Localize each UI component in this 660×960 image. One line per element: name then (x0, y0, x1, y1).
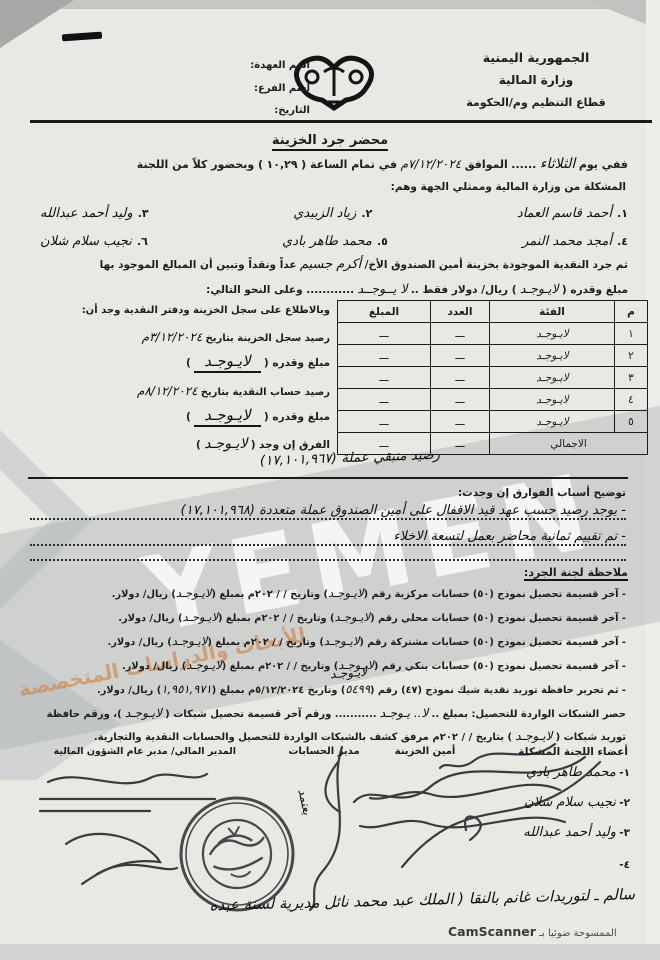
note-text: - آخر قسيمة تحصيل نموذج (٥٠) حسابات بنكي… (374, 661, 626, 672)
row-no: ٣ (615, 367, 648, 389)
note-text: - ثم تحرير حافظة توريد نقدية شيك نموذج (… (370, 685, 626, 696)
field-branch-name: اسم الفرع: (150, 83, 310, 94)
scan-edge-bottom (0, 944, 660, 960)
inventory-time: ١٠,٢٩ (267, 158, 298, 171)
networks-text: حصر الشبكات الواردة للتحصيل: بمبلغ .. (432, 709, 626, 720)
camscanner-label-arabic: الممسوحة ضوئيا بـ (536, 928, 617, 939)
handwritten-fill: لايـوجـد (328, 586, 364, 600)
handwritten-amount: لايـوجـد (520, 281, 559, 296)
networks-text: توريد شبكات ( (556, 732, 626, 743)
handwritten-discrepancy-2: - تم تقييم ثمانية محاضر بعمل لتسعة الاخل… (30, 529, 626, 546)
member-name-handwritten: أحمد قاسم العماد (517, 206, 612, 221)
column-header-cat: الفئة (490, 301, 615, 323)
handwritten-fill: لايـوجـد (182, 610, 218, 624)
role-accounts-manager: مدير الحسابات (276, 746, 372, 757)
amount-label: مبلغ وقدره ( (562, 284, 628, 296)
row-cat-handwritten: لايـوجـد (489, 387, 614, 411)
scan-edge-top (0, 0, 660, 9)
member-name-handwritten: نجيب سلام شلان (40, 234, 132, 249)
note-text: ) وتاريخ ٥/١٢/٢٠٢٤م بمبلغ ( (212, 685, 346, 696)
member-number: ١. (617, 207, 628, 220)
intro-text: ) وبحضور كلاً من اللجنة (137, 158, 263, 171)
handwritten-ledger-date-1: ٣/١٢/٢٠٢٤م (142, 330, 203, 344)
handwritten-cashier-name: أكرم جسيم (300, 257, 361, 272)
ledger-row2-label: رصيد حساب النقدية بتاريخ (201, 387, 330, 398)
handwritten-approve: يعتمد (295, 788, 314, 816)
handwritten-fill: لايـوجـد (176, 586, 212, 600)
row-cat-handwritten: لايـوجـد (489, 321, 614, 345)
row-count: ـــ (431, 411, 490, 433)
ledger-row1-label: رصيد سجل الخزينة بتاريخ (205, 333, 330, 344)
denomination-table: م الفئة العدد المبلغ ١لايـوجـدــــــ ٢لا… (337, 300, 648, 455)
handwritten-fill: لايـوجـد (186, 658, 222, 672)
row-count: ـــ (431, 389, 490, 411)
row-cat-handwritten: لايـوجـد (489, 409, 614, 433)
sig-number: ٣- (619, 827, 630, 839)
member-name-handwritten: محمد طاهر بادي (282, 234, 372, 249)
handwritten-ledger-date-2: ٨/١٢/٢٠٢٤م (137, 384, 198, 398)
handwritten-fill: لايـوجـد (515, 729, 552, 743)
row-amount: ـــ (338, 323, 431, 345)
networks-text: ) بتاريخ / / ٢٠٢م مرفق كشف بالشبكات الوا… (94, 732, 512, 743)
intro-line2: المشكلة من وزارة المالية وممثلي الجهة وه… (380, 181, 626, 193)
member-number: ٥. (377, 235, 388, 248)
underline-rule (28, 477, 628, 479)
note-text: ) ريال/ دولار. (108, 637, 172, 648)
field-entity-name: اسم العهدة: (150, 60, 310, 71)
note-text: - آخر قسيمة تحصيل نموذج (٥٠) حسابات مركز… (364, 589, 626, 600)
amount-label: ) ريال/ دولار فقط .. (411, 284, 517, 296)
role-committee-members: أعضاء اللجنة المشكلة (470, 746, 628, 758)
total-label: الاجمالي (490, 433, 648, 455)
row-count: ـــ (431, 367, 490, 389)
org-name-line1: الجمهورية اليمنية (430, 50, 642, 65)
page-title: محضر جرد الخزينة (272, 133, 388, 151)
ledger-amount1-label: مبلغ وقدره ( (264, 357, 330, 369)
intro-text: في تمام الساعة ( (301, 158, 397, 171)
org-name-line3: قطاع التنظيم وم/الحكومة (430, 96, 642, 109)
table-row: ١لايـوجـدــــــ (338, 323, 648, 345)
table-row: ٤لايـوجـدــــــ (338, 389, 648, 411)
note-text: ) ريال/ دولار. (97, 685, 161, 696)
paren-close: ) (186, 411, 191, 423)
paren-close: ) (196, 439, 201, 451)
row-cat-handwritten: لايـوجـد (489, 365, 614, 389)
row-no: ١ (615, 323, 648, 345)
member-name-handwritten: أمجد محمد النمر (522, 234, 612, 249)
row-no: ٥ (615, 411, 648, 433)
note-text: ) ريال/ دولار. (112, 589, 176, 600)
member-number: ٣. (138, 207, 149, 220)
watermark-chevron-icon (0, 430, 92, 610)
table-header-row: م الفئة العدد المبلغ (338, 301, 648, 323)
handwritten-none-2: لايـوجـد (194, 406, 260, 427)
table-row: ٣لايـوجـدــــــ (338, 367, 648, 389)
row-amount: ـــ (338, 367, 431, 389)
handwritten-discrepancy-1: - يوجد رصيد حسب عهد قيد الاقفال على أمين… (30, 503, 626, 520)
paren-open: ( (251, 439, 256, 451)
handwritten-none-1: لايـوجـد (194, 352, 260, 373)
handwritten-signature-name: محمد طاهر بادي (526, 765, 616, 780)
member-number: ٤. (617, 235, 628, 248)
column-header-amount: المبلغ (338, 301, 431, 323)
handwritten-voucher-no: ٥٤٩٩ (345, 682, 370, 696)
member-name-handwritten: زياد الزبيدي (293, 206, 356, 221)
row-amount: ـــ (338, 345, 431, 367)
intro-text: الموافق (465, 158, 508, 171)
table-row: ٢لايـوجـدــــــ (338, 345, 648, 367)
note-text: ) ريال/ دولار. (118, 613, 182, 624)
handwritten-bottom-note: سالم ـ لتوريدات غانم بالنقا ( الملك عبد … (35, 885, 635, 919)
members-row-2: ٤. أمجد محمد النمر ٥. محمد طاهر بادي ٦. … (40, 230, 628, 249)
note-text: ) وتاريخ / / ٢٠٢م بمبلغ ( (207, 637, 323, 648)
handwritten-fill: لايـوجـد (324, 634, 360, 648)
paren-close: ) (186, 357, 191, 369)
handwritten-voucher-amount: ١,٩٥١,٩٧١ (161, 682, 212, 696)
member-number: ٦. (137, 235, 148, 248)
handwritten-fill: لايـوجـد (335, 610, 371, 624)
row-count: ـــ (431, 323, 490, 345)
ink-mark (62, 32, 102, 42)
handwritten-signature-name: نجيب سلام شلان (524, 795, 616, 810)
camscanner-brand: CamScanner (448, 924, 536, 939)
handwritten-date: ٧/١٢/٢٠٢٤م (401, 157, 462, 171)
note-text: ) وتاريخ / / ٢٠٢م بمبلغ ( (212, 589, 328, 600)
scan-edge-right (646, 0, 660, 960)
field-date: التاريخ: (150, 105, 310, 116)
header-rule (30, 120, 652, 123)
scanned-document-page: YEMEN للأبحاث والدراسات المتخصصة الجمهور… (0, 0, 660, 960)
column-header-count: العدد (431, 301, 490, 323)
handwritten-none-3: لايـوجـد (204, 436, 247, 452)
row-amount: ـــ (338, 389, 431, 411)
row-amount: ـــ (338, 411, 431, 433)
networks-text: )، ورقم حافظة (47, 709, 122, 720)
row-count: ـــ (431, 345, 490, 367)
intro-dots: ...... (511, 158, 536, 171)
difference-label: الفرق إن وجد (259, 439, 330, 451)
sig-number: ٢- (619, 797, 630, 809)
handwritten-fill: لايـوجـد (172, 634, 208, 648)
note-text: - آخر قسيمة تحصيل نموذج (٥٠) حسابات محلي… (370, 613, 626, 624)
count-text: عداً ونقداً وتبين أن المبالغ الموجود بها (100, 259, 297, 271)
note-text: - آخر قسيمة تحصيل نموذج (٥٠) حسابات مشتر… (359, 637, 626, 648)
note-text: ) ريال/ دولار. (122, 661, 186, 672)
discrepancy-heading: توضيح أسباب الفوارق إن وجدت: (380, 487, 626, 499)
handwritten-floating-none: لايـوجـد (330, 665, 368, 682)
count-text: ............ وعلى النحو التالي: (206, 284, 354, 296)
handwritten-fill: لا.. يـوجـد (380, 706, 429, 720)
handwritten-fill: لايـوجـد (125, 706, 162, 720)
ledger-heading: وبالاطلاع على سجل الخزينة ودفتر النقدية … (28, 305, 330, 316)
sig-number: ١- (619, 767, 630, 779)
intro-text: ففي يوم (579, 158, 628, 171)
role-financial-manager: المدير المالي/ مدير عام الشؤون المالية (28, 746, 236, 757)
note-text: ) وتاريخ / / ٢٠٢م بمبلغ ( (222, 661, 338, 672)
handwritten-signature-name: وليد أحمد عبدالله (523, 825, 616, 840)
role-treasurer: أمين الخزينة (382, 746, 468, 757)
table-row: ٥لايـوجـدــــــ (338, 411, 648, 433)
member-name-handwritten: وليد أحمد عبدالله (40, 206, 133, 221)
org-name-line2: وزارة المالية (430, 73, 642, 87)
count-text: ثم جرد النقدية الموجودة بخزينة أمين الصن… (365, 259, 628, 271)
handwritten-day: الثلاثاء (540, 156, 575, 172)
note-text: ) وتاريخ / / ٢٠٢م بمبلغ ( (218, 613, 334, 624)
row-no: ٤ (615, 389, 648, 411)
members-row-1: ١. أحمد قاسم العماد ٢. زياد الزبيدي ٣. و… (40, 202, 628, 221)
row-cat-handwritten: لايـوجـد (489, 343, 614, 367)
row-no: ٢ (615, 345, 648, 367)
sig-number: ٤- (619, 859, 630, 871)
networks-text: ........... ورقم آخر قسيمة تحصيل شبكات ( (165, 709, 376, 720)
handwritten-amount-words: لا يــوجــد (357, 281, 407, 296)
ledger-amount2-label: مبلغ وقدره ( (264, 411, 330, 423)
member-number: ٢. (361, 207, 372, 220)
dotted-line (30, 551, 626, 561)
column-header-no: م (615, 301, 648, 323)
notes-heading: ملاحظة لجنة الجرد: (524, 566, 628, 581)
